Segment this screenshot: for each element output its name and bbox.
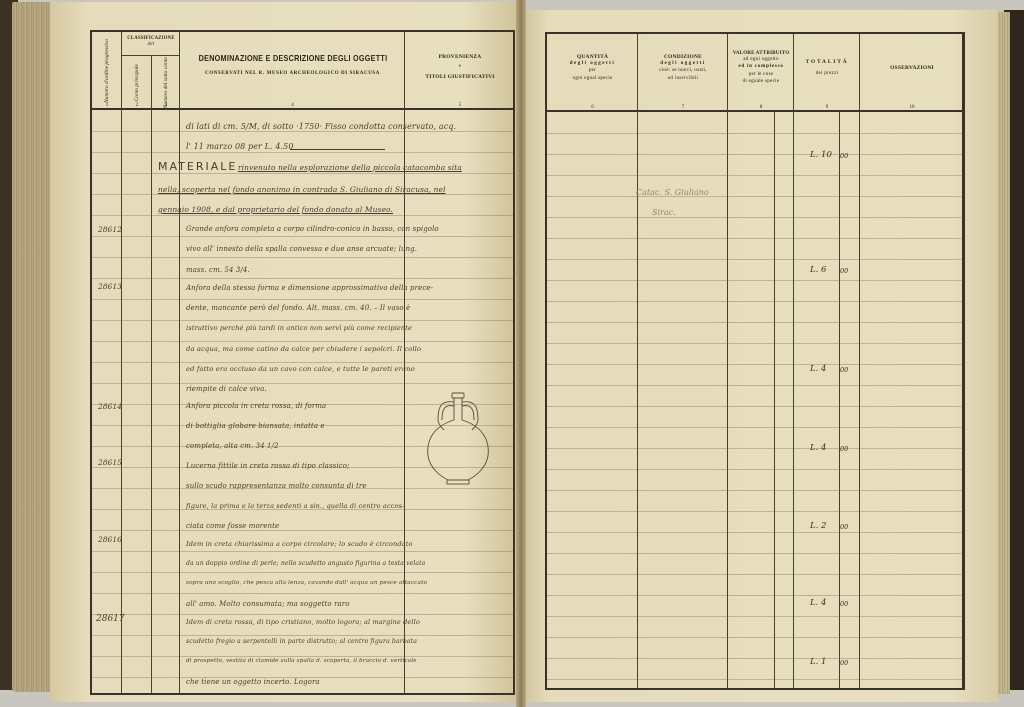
entry-number-28616: 28616 [98,535,122,544]
entry-28617-line-3: di prospetto, vestita di clamide sulla s… [186,658,417,664]
entry-number-28612: 28612 [98,225,122,234]
price-cents-6: 00 [840,600,848,608]
entry-28614-line-3: completa, alta cm. 34 1/2 [186,442,279,450]
material-line-3: gennaio 1908, e dal proprietario del fon… [158,205,393,214]
header-col-1-number: 1 [92,103,122,108]
right-ruled-lines [547,112,963,690]
price-cents-3: 00 [840,366,848,374]
entry-28615-line-4: ciata come fosse morente [186,522,279,530]
entry-28612-line-2: vivo all' innesto della spalla convessa … [186,245,417,253]
left-table-header: Numero d'ordine progressivo 1 CLASSIFICA… [92,32,513,110]
entry-28616-line-4: all' amo. Molto consumata; ma soggetto r… [186,600,350,608]
header-col-5: PROVENIENZA e TITOLI GIUSTIFICATIVI 5 [405,32,515,110]
price-lire-7: L. 1 [810,657,826,667]
closing-line-stroke [290,149,385,150]
price-cents-5: 00 [840,523,848,531]
open-ledger-book: Numero d'ordine progressivo 1 CLASSIFICA… [0,0,1024,707]
entry-number-28613: 28613 [98,282,122,291]
header-col-9: TOTALITÀ dei prezzi 9 [794,34,860,112]
quantity-line4: ogni egual specie [573,75,613,83]
price-lire-4: L. 4 [810,443,826,453]
entry-28613-line-5: ed fatto era occluso da un cavo con calc… [186,365,415,373]
value-line3: ed in complesso [738,63,783,71]
entry-28615-line-3: figure, la prima e la terza sedenti a si… [186,502,404,510]
entry-28616-line-3: sopra uno scoglio, che pesca alla lenza,… [186,580,427,586]
entry-number-28614: 28614 [98,402,122,411]
entry-28614-line-1: Anfora piccola in creta rossa, di forma [186,402,326,410]
entry-28615-line-1: Lucerna fittile in creta rossa di tipo c… [186,462,349,470]
price-cents-1: 00 [840,152,848,160]
observations-title: OSSERVAZIONI [890,65,934,71]
price-lire-6: L. 4 [810,598,826,608]
header-col-3-label: Numero del sotto conto [163,57,170,108]
header-col-10: OSSERVAZIONI 10 [860,34,964,112]
header-col-3-number: 3 [152,103,180,108]
header-col-6-number: 6 [547,105,638,110]
quantity-line3: per [589,67,596,75]
page-edges-left [12,2,54,692]
pencil-note-line-1: Catac. S. Giuliano [636,188,709,197]
entry-28617-line-1: Idem di creta rossa, di tipo cristiano, … [186,618,420,626]
entry-28613-line-3: istruttivo perché più tardi in antico no… [186,324,412,332]
header-col-4-number: 4 [180,103,405,108]
right-table-header: QUANTITÀ degli oggetti per ogni egual sp… [547,34,962,112]
entry-28613-line-2: dente, mancante però del fondo. Alt. mas… [186,304,410,312]
header-col-2-label: Conto principale [134,64,141,101]
header-col-8: VALORE ATTRIBUITO ad ogni oggetto ed in … [728,34,794,112]
entry-28612-line-1: Grande anfora completa a corpo cilindro-… [186,225,439,233]
provenance-and: e [459,63,462,71]
header-col-2: Conto principale 2 [122,56,152,110]
entry-number-28617: 28617 [96,614,125,624]
entry-28612-line-3: mass. cm. 54 3/4. [186,266,250,274]
header-col-7-number: 7 [638,105,728,110]
material-heading: MATERIALE [158,160,237,173]
entry-28617-line-4: che tiene un oggetto incerto. Logora [186,678,320,686]
entry-28613-line-6: riempite di calce viva. [186,385,267,393]
description-column-subtitle: CONSERVATI NEL R. MUSEO ARCHEOLOGICO DI … [205,71,380,76]
entry-28613-line-1: Anfora della stessa forma e dimensione a… [186,284,433,292]
book-gutter [516,0,526,707]
quantity-line2: degli oggetti [570,60,615,68]
price-lire-2: L. 6 [810,265,826,275]
classification-sub: del [147,41,154,49]
value-line4: per le cose [749,71,774,79]
pencil-note-line-2: Sirac. [652,208,676,217]
price-cents-2: 00 [840,267,848,275]
price-lire-1: L. 10 [810,150,832,160]
header-col-1: Numero d'ordine progressivo 1 [92,32,122,110]
material-line-2: nella, scoperta nel fondo anonimo in con… [158,185,446,194]
value-line2: ad ogni oggetto [743,56,779,64]
header-col-6: QUANTITÀ degli oggetti per ogni egual sp… [547,34,638,112]
description-column-title: DENOMINAZIONE E DESCRIZIONE DEGLI OGGETT… [198,53,387,63]
price-cents-4: 00 [840,445,848,453]
header-col-5-number: 5 [405,103,515,108]
totals-subtitle: dei prezzi [816,70,839,78]
material-line-1: rinvenuto nella esplorazione della picco… [238,163,462,172]
price-lire-5: L. 2 [810,521,826,531]
header-col-9-number: 9 [794,105,860,110]
price-cents-7: 00 [840,659,848,667]
value-line5: di eguale specie [743,78,780,86]
header-col-8-number: 8 [728,105,794,110]
entry-28615-line-2: sullo scudo rappresentanza molto consunt… [186,482,367,490]
condition-line2: degli oggetti [660,60,705,68]
provenance-title: PROVENIENZA [439,54,482,60]
condition-line3: cioè: se nuovi, usati, [659,67,707,75]
provenance-subtitle: TITOLI GIUSTIFICATIVI [425,74,494,80]
header-col-1-label: Numero d'ordine progressivo [104,39,111,103]
amphora-sketch-icon [418,390,498,490]
entry-28614-line-2: di bottiglia globare biansata, intatta e [186,422,325,430]
header-classification: CLASSIFICAZIONE del [122,32,180,54]
header-col-10-number: 10 [860,105,964,110]
header-col-3: Numero del sotto conto 3 [152,56,180,110]
entry-number-28615: 28615 [98,458,122,467]
entry-28616-line-1: Idem in creta chiarissima a corpo circol… [186,540,413,548]
price-lire-3: L. 4 [810,364,826,374]
totals-title: TOTALITÀ [806,59,849,65]
entry-28617-line-2: scudetto fregio a serpentelli in parte d… [186,638,417,645]
condition-line4: od inservibili [668,75,699,83]
carryover-line-2: l' 11 marzo 08 per L. 4.50 [186,142,294,151]
entry-28616-line-2: da un doppio ordine di perle; nello scud… [186,560,425,567]
header-col-7: CONDIZIONE degli oggetti cioè: se nuovi,… [638,34,728,112]
carryover-line-1: di lati di cm. 5/M, di sotto ·1750· Fiss… [186,122,456,131]
header-col-2-number: 2 [122,103,152,108]
entry-28613-line-4: da acqua, ma come catino da calce per ch… [186,345,421,353]
header-col-4: DENOMINAZIONE E DESCRIZIONE DEGLI OGGETT… [180,32,405,110]
